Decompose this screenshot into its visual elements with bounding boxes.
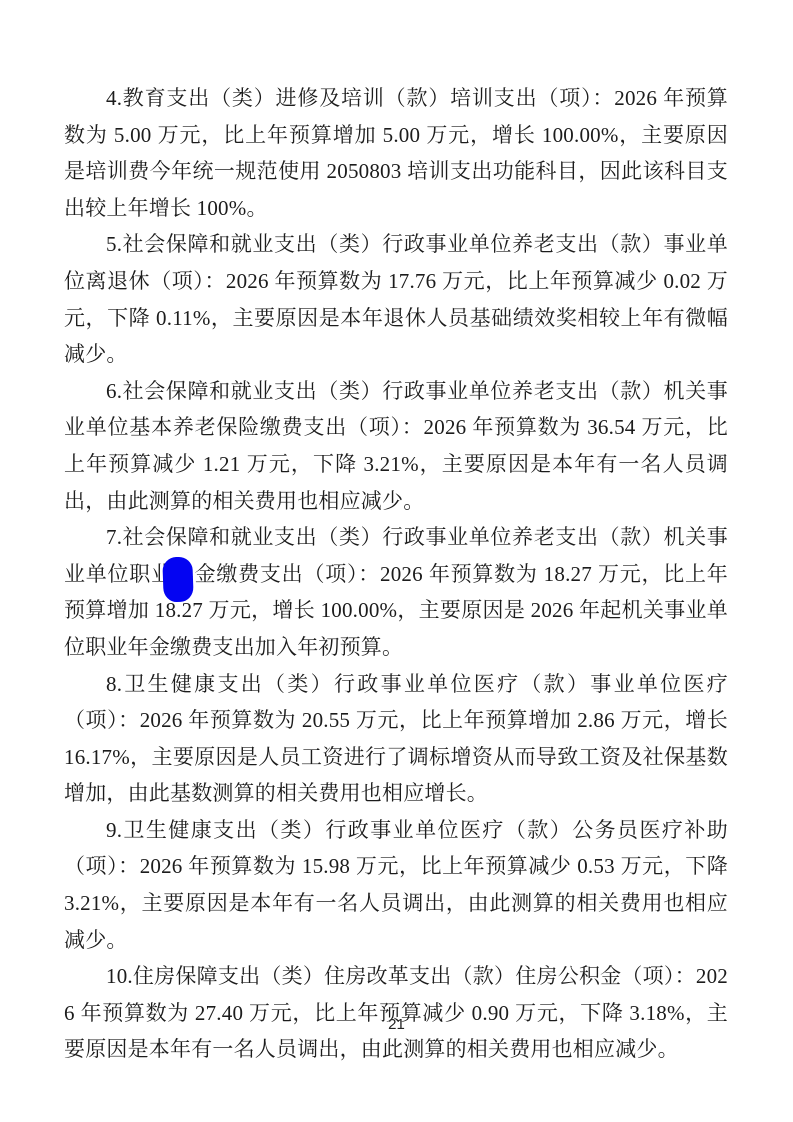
budget-paragraph-6: 6.社会保障和就业支出（类）行政事业单位养老支出（款）机关事业单位基本养老保险缴… [64,373,728,519]
budget-paragraph-4: 4.教育支出（类）进修及培训（款）培训支出（项）：2026 年预算数为 5.00… [64,80,728,226]
budget-paragraph-10: 10.住房保障支出（类）住房改革支出（款）住房公积金（项）：2026 年预算数为… [64,958,728,1068]
budget-paragraph-8: 8.卫生健康支出（类）行政事业单位医疗（款）事业单位医疗（项）：2026 年预算… [64,666,728,812]
budget-paragraph-9: 9.卫生健康支出（类）行政事业单位医疗（款）公务员医疗补助（项）：2026 年预… [64,812,728,958]
document-page: 4.教育支出（类）进修及培训（款）培训支出（项）：2026 年预算数为 5.00… [0,0,793,1122]
page-number: 21 [0,1016,793,1033]
budget-paragraph-5: 5.社会保障和就业支出（类）行政事业单位养老支出（款）事业单位离退休（项）：20… [64,226,728,372]
redaction-ink-blob [162,556,194,602]
